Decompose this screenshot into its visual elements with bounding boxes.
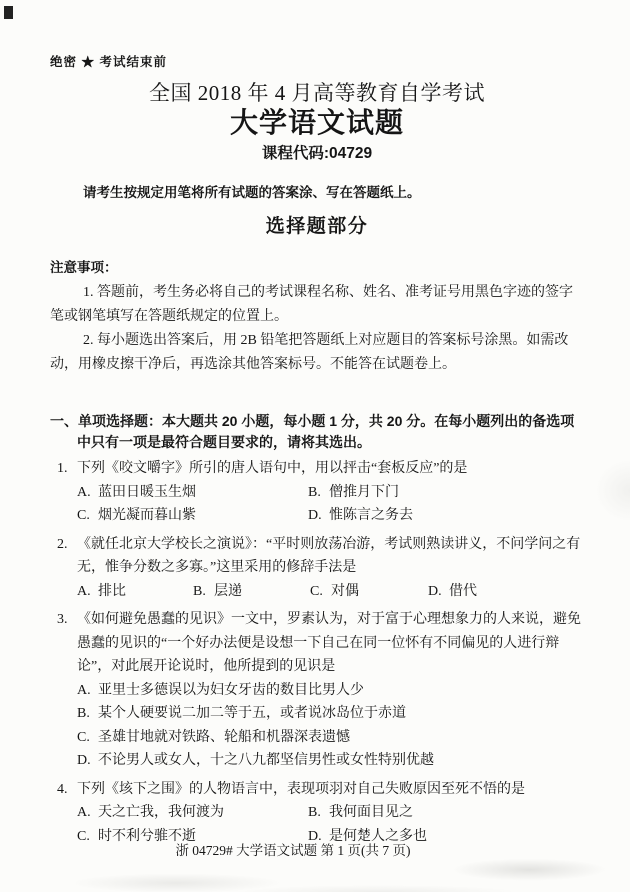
question-4: 4. 下列《垓下之围》的人物语言中，表现项羽对自己失败原因至死不悟的是 A.天之… bbox=[50, 778, 584, 849]
section-title: 选择题部分 bbox=[50, 214, 584, 239]
option-letter: D. bbox=[308, 504, 329, 528]
option-letter: C. bbox=[310, 580, 331, 604]
option-text: 我何面目见之 bbox=[329, 805, 413, 820]
option-text: 是何楚人之多也 bbox=[329, 829, 427, 844]
question-stem: 《就任北京大学校长之演说》：“平时则放荡冶游，考试则熟读讲义，不问学问之有无，惟… bbox=[77, 533, 584, 580]
note-item-1: 1. 答题前，考生务必将自己的考试课程名称、姓名、准考证号用黑色字迹的签字笔或钢… bbox=[50, 281, 584, 329]
option-c: C.对偶 bbox=[310, 580, 428, 604]
option-text: 对偶 bbox=[331, 584, 359, 599]
option-letter: A. bbox=[77, 481, 98, 505]
part-number: 一、 bbox=[50, 413, 78, 429]
option-text: 天之亡我，我何渡为 bbox=[98, 805, 224, 820]
answer-sheet-instruction: 请考生按规定用笔将所有试题的答案涂、写在答题纸上。 bbox=[50, 184, 584, 202]
option-text: 不论男人或女人，十之八九都坚信男性或女性特别优越 bbox=[98, 753, 434, 768]
option-letter: A. bbox=[77, 580, 98, 604]
exam-session-title: 全国 2018 年 4 月高等教育自学考试 bbox=[50, 80, 584, 106]
option-text: 层递 bbox=[214, 584, 242, 599]
part-heading-text: 单项选择题：本大题共 20 小题，每小题 1 分，共 20 分。在每小题列出的备… bbox=[77, 413, 574, 450]
option-b: B.某个人硬要说二加二等于五，或者说冰岛位于赤道 bbox=[77, 702, 584, 726]
option-text: 时不利兮骓不逝 bbox=[98, 829, 196, 844]
option-letter: A. bbox=[77, 801, 98, 825]
option-text: 排比 bbox=[98, 584, 126, 599]
option-text: 蓝田日暖玉生烟 bbox=[98, 485, 196, 500]
note-item-2: 2. 每小题选出答案后，用 2B 铅笔把答题纸上对应题目的答案标号涂黑。如需改动… bbox=[50, 329, 584, 377]
page-footer: 浙 04729# 大学语文试题 第 1 页(共 7 页) bbox=[0, 843, 586, 859]
question-number: 2. bbox=[57, 533, 77, 604]
question-2: 2. 《就任北京大学校长之演说》：“平时则放荡冶游，考试则熟读讲义，不问学问之有… bbox=[50, 533, 584, 604]
option-letter: B. bbox=[308, 801, 329, 825]
option-d: D.不论男人或女人，十之八九都坚信男性或女性特别优越 bbox=[77, 749, 584, 773]
option-d: D.惟陈言之务去 bbox=[308, 504, 584, 528]
option-text: 某个人硬要说二加二等于五，或者说冰岛位于赤道 bbox=[98, 706, 406, 721]
option-letter: A. bbox=[77, 679, 98, 703]
question-3: 3. 《如何避免愚蠢的见识》一文中，罗素认为，对于富于心理想象力的人来说，避免愚… bbox=[50, 608, 584, 773]
option-b: B.层递 bbox=[193, 580, 310, 604]
question-body: 《就任北京大学校长之演说》：“平时则放荡冶游，考试则熟读讲义，不问学问之有无，惟… bbox=[77, 533, 584, 604]
option-text: 圣雄甘地就对铁路、轮船和机器深表遗憾 bbox=[98, 730, 350, 745]
option-a: A.亚里士多德误以为妇女牙齿的数目比男人少 bbox=[77, 679, 584, 703]
option-letter: C. bbox=[77, 504, 98, 528]
option-text: 僧推月下门 bbox=[329, 485, 399, 500]
option-b: B.我何面目见之 bbox=[308, 801, 584, 825]
question-body: 《如何避免愚蠢的见识》一文中，罗素认为，对于富于心理想象力的人来说，避免愚蠢的见… bbox=[77, 608, 584, 773]
question-options: A.天之亡我，我何渡为 B.我何面目见之 C.时不利兮骓不逝 D.是何楚人之多也 bbox=[77, 801, 584, 848]
scan-corner-artifact bbox=[4, 6, 13, 19]
question-options: A.亚里士多德误以为妇女牙齿的数目比男人少 B.某个人硬要说二加二等于五，或者说… bbox=[77, 679, 584, 773]
question-body: 下列《咬文嚼字》所引的唐人语句中，用以抨击“套板反应”的是 A.蓝田日暖玉生烟 … bbox=[77, 457, 584, 528]
option-c: C.烟光凝而暮山紫 bbox=[77, 504, 308, 528]
option-letter: D. bbox=[77, 749, 98, 773]
question-number: 3. bbox=[57, 608, 77, 773]
notes-title: 注意事项： bbox=[50, 259, 584, 277]
question-body: 下列《垓下之围》的人物语言中，表现项羽对自己失败原因至死不悟的是 A.天之亡我，… bbox=[77, 778, 584, 849]
option-text: 惟陈言之务去 bbox=[329, 508, 413, 523]
option-letter: D. bbox=[428, 580, 449, 604]
option-b: B.僧推月下门 bbox=[308, 481, 584, 505]
option-d: D.借代 bbox=[428, 580, 584, 604]
option-letter: B. bbox=[77, 702, 98, 726]
option-letter: B. bbox=[193, 580, 214, 604]
option-letter: C. bbox=[77, 726, 98, 750]
option-text: 烟光凝而暮山紫 bbox=[98, 508, 196, 523]
question-stem: 《如何避免愚蠢的见识》一文中，罗素认为，对于富于心理想象力的人来说，避免愚蠢的见… bbox=[77, 608, 584, 679]
option-a: A.排比 bbox=[77, 580, 193, 604]
question-number: 1. bbox=[57, 457, 77, 528]
question-stem: 下列《垓下之围》的人物语言中，表现项羽对自己失败原因至死不悟的是 bbox=[77, 778, 584, 802]
option-letter: B. bbox=[308, 481, 329, 505]
exam-subject-title: 大学语文试题 bbox=[50, 106, 584, 139]
question-options: A.蓝田日暖玉生烟 B.僧推月下门 C.烟光凝而暮山紫 D.惟陈言之务去 bbox=[77, 481, 584, 528]
option-a: A.天之亡我，我何渡为 bbox=[77, 801, 308, 825]
option-c: C.圣雄甘地就对铁路、轮船和机器深表遗憾 bbox=[77, 726, 584, 750]
course-code: 课程代码:04729 bbox=[50, 144, 584, 164]
classification-label: 绝密 ★ 考试结束前 bbox=[50, 54, 584, 71]
exam-paper-page: 绝密 ★ 考试结束前 全国 2018 年 4 月高等教育自学考试 大学语文试题 … bbox=[0, 0, 630, 892]
question-number: 4. bbox=[57, 778, 77, 849]
option-text: 借代 bbox=[449, 584, 477, 599]
option-a: A.蓝田日暖玉生烟 bbox=[77, 481, 308, 505]
question-1: 1. 下列《咬文嚼字》所引的唐人语句中，用以抨击“套板反应”的是 A.蓝田日暖玉… bbox=[50, 457, 584, 528]
question-options: A.排比 B.层递 C.对偶 D.借代 bbox=[77, 580, 584, 604]
question-stem: 下列《咬文嚼字》所引的唐人语句中，用以抨击“套板反应”的是 bbox=[77, 457, 584, 481]
option-text: 亚里士多德误以为妇女牙齿的数目比男人少 bbox=[98, 683, 364, 698]
part-one-heading: 一、单项选择题：本大题共 20 小题，每小题 1 分，共 20 分。在每小题列出… bbox=[50, 411, 584, 453]
question-list: 1. 下列《咬文嚼字》所引的唐人语句中，用以抨击“套板反应”的是 A.蓝田日暖玉… bbox=[50, 457, 584, 848]
